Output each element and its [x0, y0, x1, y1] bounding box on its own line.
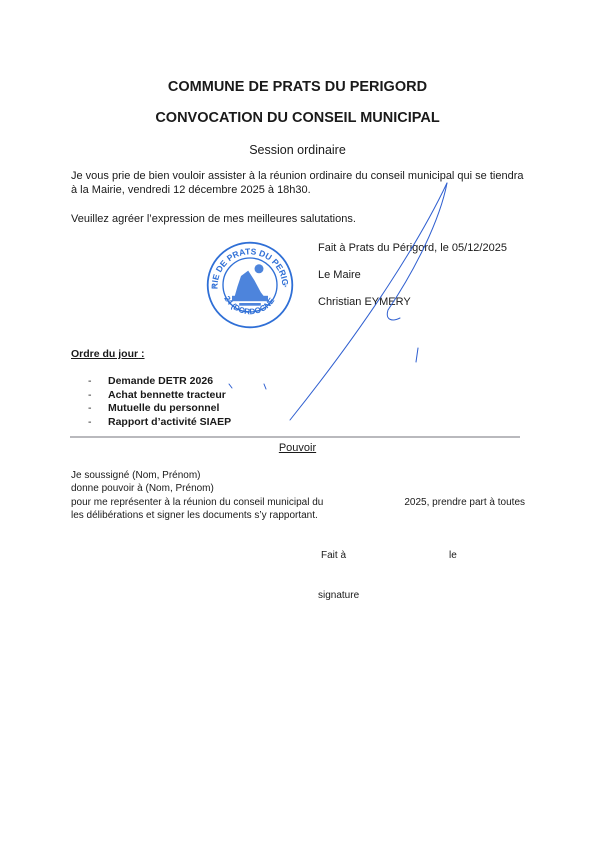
svg-text:*: * [284, 285, 287, 292]
closing-paragraph: Veuillez agréer l’expression de mes meil… [71, 212, 356, 226]
proxy-form-text: Je soussigné (Nom, Prénom) donne pouvoir… [71, 469, 525, 522]
invitation-paragraph: Je vous prie de bien vouloir assister à … [71, 169, 523, 197]
proxy-signature-label: signature [318, 590, 359, 601]
agenda-list: -Demande DETR 2026 -Achat bennette tract… [88, 375, 231, 429]
signatory-role: Le Maire [318, 269, 361, 281]
agenda-item: -Rapport d’activité SIAEP [88, 416, 231, 430]
invitation-line-2: à la Mairie, vendredi 12 décembre 2025 à… [71, 183, 523, 197]
proxy-line-2: donne pouvoir à (Nom, Prénom) [71, 482, 525, 495]
agenda-item: -Mutuelle du personnel [88, 402, 231, 416]
agenda-item: -Demande DETR 2026 [88, 375, 231, 389]
proxy-line-1: Je soussigné (Nom, Prénom) [71, 469, 525, 482]
proxy-heading: Pouvoir [0, 442, 595, 454]
official-seal-icon: MAIRIE DE PRATS DU PERIGORD 24 (DORDOGNE… [205, 240, 295, 330]
agenda-heading: Ordre du jour : [71, 348, 145, 360]
session-type: Session ordinaire [0, 143, 595, 157]
section-divider [70, 436, 520, 438]
agenda-item: -Achat bennette tracteur [88, 389, 231, 403]
invitation-line-1: Je vous prie de bien vouloir assister à … [71, 169, 523, 183]
document-title: CONVOCATION DU CONSEIL MUNICIPAL [0, 110, 595, 126]
place-date: Fait à Prats du Périgord, le 05/12/2025 [318, 242, 507, 254]
proxy-place-label: Fait à [321, 550, 346, 561]
proxy-line-3: pour me représenter à la réunion du cons… [71, 496, 525, 509]
proxy-line-4: les délibérations et signer les document… [71, 509, 525, 522]
proxy-date-label: le [449, 550, 457, 561]
signatory-name: Christian EYMERY [318, 296, 411, 308]
commune-title: COMMUNE DE PRATS DU PERIGORD [0, 79, 595, 95]
